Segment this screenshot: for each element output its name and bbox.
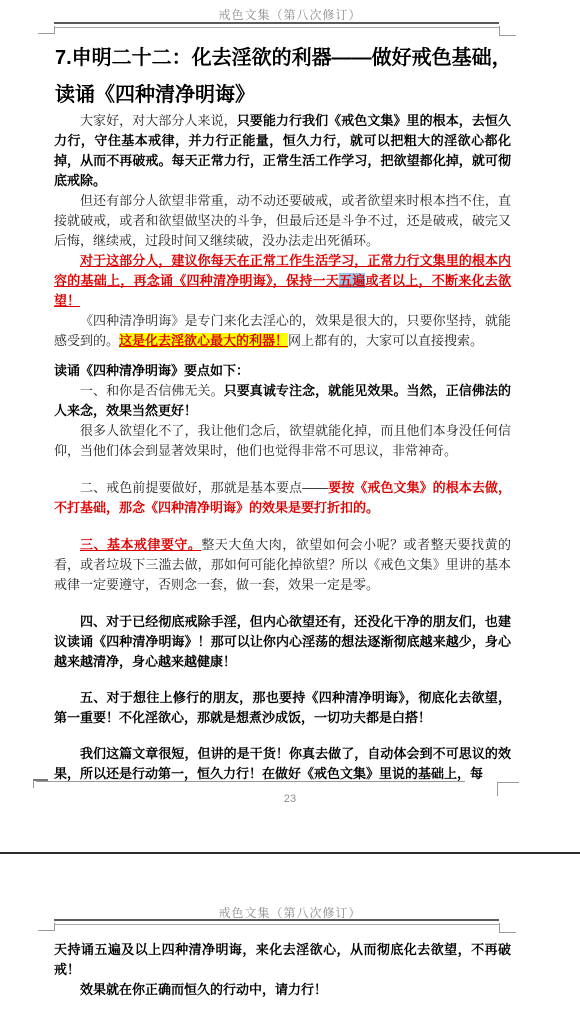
- run-yellow-highlight: 这是化去淫欲心最大的利器！: [119, 333, 288, 348]
- paragraph-continuation: 天持诵五遍及以上四种清净明诲，来化去淫欲心，从而彻底化去欲望，不再破戒！: [54, 940, 511, 980]
- body-block-point-1: 一、和你是否信佛无关。只要真诚专注念，就能见效果。当然，正信佛法的人来念，效果当…: [54, 381, 511, 461]
- section-heading-points: 读诵《四种清净明诲》要点如下：: [54, 361, 511, 381]
- page1-margin-corner-top-right: [499, 26, 516, 36]
- run-normal: 大家好，对大部分人来说，: [80, 113, 237, 128]
- page-break-divider: [0, 852, 580, 854]
- page2-margin-corner-top-right: [499, 923, 516, 933]
- paragraph-advice-red: 对于这部分人，建议你每天在正常工作生活学习，正常力行文集里的根本内容的基础上，再…: [54, 251, 511, 311]
- page1-margin-corner-bottom-left: [33, 779, 48, 788]
- paragraph-point-1-detail: 很多人欲望化不了，我让他们念后，欲望就能化掉，而且他们本身没任何信仰，当他们体会…: [54, 421, 511, 461]
- paragraph-point-4: 四、对于已经彻底戒除手淫，但内心欲望还有，还没化干净的朋友们，也建议读诵《四种清…: [54, 612, 511, 672]
- paragraph-point-1: 一、和你是否信佛无关。只要真诚专注念，就能见效果。当然，正信佛法的人来念，效果当…: [54, 381, 511, 421]
- page-number: 23: [0, 793, 580, 805]
- page1-margin-corner-top-left: [38, 26, 55, 34]
- page1-header-title: 戒色文集（第八次修订）: [0, 6, 580, 23]
- paragraph-point-3: 三、基本戒律要守。整天大鱼大肉，欲望如何会小呢？或者整天要找黄的看，或者垃圾下三…: [54, 535, 511, 595]
- page1-footer-rule: [36, 781, 465, 782]
- page1-header-rule: [54, 22, 499, 28]
- body-block-closing: 我们这篇文章很短，但讲的是干货！你真去做了，自动体会到不可思议的效果，所以还是行…: [54, 744, 511, 784]
- body-block-point-5: 五、对于想往上修行的朋友，那也要持《四种清净明诲》，彻底化去欲望，第一重要！不化…: [54, 688, 511, 728]
- article-title: 7.申明二十二：化去淫欲的利器——做好戒色基础， 读诵《四种清净明诲》: [55, 40, 565, 114]
- body-block-intro: 大家好，对大部分人来说，只要能力行我们《戒色文集》里的根本，去恒久力行，守住基本…: [54, 111, 511, 351]
- page2-body-block: 天持诵五遍及以上四种清净明诲，来化去淫欲心，从而彻底化去欲望，不再破戒！ 效果就…: [54, 940, 511, 1000]
- run-blue-selection: 五遍: [339, 273, 366, 288]
- run-normal: 一、和你是否信佛无关。: [80, 383, 224, 398]
- paragraph-point-2: 二、戒色前提要做好，那就是基本要点——要按《戒色文集》的根本去做，不打基础，那念…: [54, 478, 511, 518]
- body-block-point-2: 二、戒色前提要做好，那就是基本要点——要按《戒色文集》的根本去做，不打基础，那念…: [54, 478, 511, 518]
- paragraph-mingHui-effect: 《四种清净明诲》是专门来化去淫心的，效果是很大的，只要你坚持，就能感受到的。这是…: [54, 311, 511, 351]
- page2-header-rule: [54, 919, 499, 925]
- paragraph-intro-2: 但还有部分人欲望非常重，动不动还要破戒，或者欲望来时根本挡不住，直接就破戒，或者…: [54, 191, 511, 251]
- paragraph-closing: 我们这篇文章很短，但讲的是干货！你真去做了，自动体会到不可思议的效果，所以还是行…: [54, 744, 511, 784]
- article-title-line1: 7.申明二十二：化去淫欲的利器——做好戒色基础，: [55, 40, 565, 77]
- paragraph-point-5: 五、对于想往上修行的朋友，那也要持《四种清净明诲》，彻底化去欲望，第一重要！不化…: [54, 688, 511, 728]
- body-block-point-4: 四、对于已经彻底戒除手淫，但内心欲望还有，还没化干净的朋友们，也建议读诵《四种清…: [54, 612, 511, 672]
- paragraph-intro-1: 大家好，对大部分人来说，只要能力行我们《戒色文集》里的根本，去恒久力行，守住基本…: [54, 111, 511, 191]
- run-normal: 网上都有的，大家可以直接搜索。: [288, 333, 483, 348]
- paragraph-final: 效果就在你正确而恒久的行动中，请力行！: [54, 980, 511, 1000]
- page2-margin-corner-top-left: [38, 923, 55, 931]
- document-viewer: { "doc": { "header_title": "戒色文集（第八次修订）"…: [0, 0, 580, 1014]
- run-red-bold-underline: 三、基本戒律要守。: [80, 537, 201, 552]
- body-block-point-3: 三、基本戒律要守。整天大鱼大肉，欲望如何会小呢？或者整天要找黄的看，或者垃圾下三…: [54, 535, 511, 595]
- run-normal: 二、戒色前提要做好，那就是基本要点——: [80, 480, 328, 495]
- article-title-line2: 读诵《四种清净明诲》: [55, 77, 565, 114]
